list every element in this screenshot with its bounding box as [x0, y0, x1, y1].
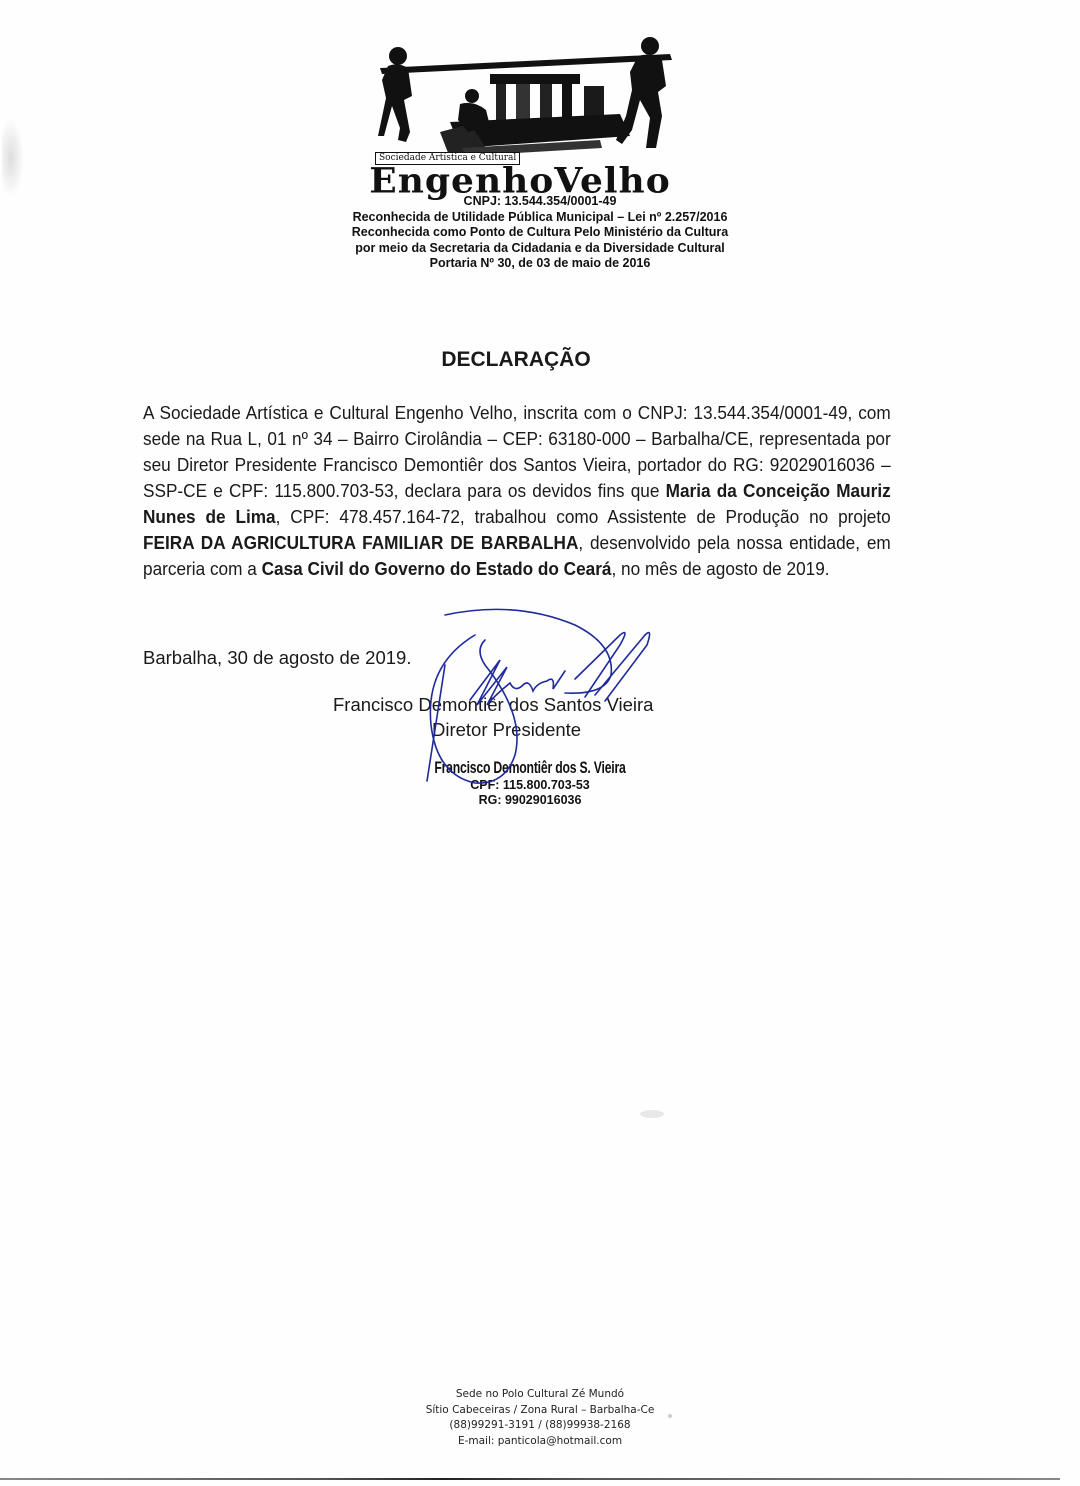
- org-cnpj: CNPJ: 13.544.354/0001-49: [240, 194, 840, 210]
- signature-stamp: Francisco Demontiêr dos S. Vieira CPF: 1…: [430, 758, 630, 808]
- scan-smudge: [2, 118, 24, 198]
- body-part-4: , no mês de agosto de 2019.: [612, 558, 830, 579]
- place-date: Barbalha, 30 de agosto de 2019.: [143, 647, 411, 669]
- org-ordinance: Portaria Nº 30, de 03 de maio de 2016: [240, 256, 840, 272]
- footer-phones: (88)99291-3191 / (88)99938-2168: [340, 1418, 740, 1434]
- org-secretariat: por meio da Secretaria da Cidadania e da…: [240, 241, 840, 257]
- partner-name: Casa Civil do Governo do Estado do Ceará: [262, 558, 612, 579]
- page-bottom-edge: [0, 1478, 1060, 1480]
- footer-contact: Sede no Polo Cultural Zé Mundó Sítio Cab…: [340, 1387, 740, 1449]
- org-public-utility: Reconhecida de Utilidade Pública Municip…: [240, 210, 840, 226]
- footer-address: Sítio Cabeceiras / Zona Rural – Barbalha…: [340, 1403, 740, 1419]
- stamp-cpf: CPF: 115.800.703-53: [430, 778, 630, 793]
- project-name: FEIRA DA AGRICULTURA FAMILIAR DE BARBALH…: [143, 532, 578, 553]
- body-part-2: , CPF: 478.457.164-72, trabalhou como As…: [276, 506, 891, 527]
- organization-info: CNPJ: 13.544.354/0001-49 Reconhecida de …: [240, 194, 840, 272]
- logo: Sociedade Artística e Cultural EngenhoVe…: [340, 36, 700, 196]
- scan-speck: [640, 1110, 664, 1118]
- declaration-body: A Sociedade Artística e Cultural Engenho…: [143, 400, 891, 582]
- signer-name: Francisco Demontiêr dos Santos Vieira: [333, 694, 653, 716]
- signer-role: Diretor Presidente: [432, 719, 581, 741]
- stamp-rg: RG: 99029016036: [430, 793, 630, 808]
- document-title: DECLARAÇÃO: [0, 348, 1032, 372]
- footer-email: E-mail: panticola@hotmail.com: [340, 1434, 740, 1450]
- sugar-mill-illustration-icon: [340, 36, 700, 166]
- footer-headquarters: Sede no Polo Cultural Zé Mundó: [340, 1387, 740, 1403]
- document-page: Sociedade Artística e Cultural EngenhoVe…: [0, 0, 1080, 1486]
- stamp-name: Francisco Demontiêr dos S. Vieira: [429, 758, 631, 778]
- scan-speck: [668, 1414, 672, 1418]
- org-culture-point: Reconhecida como Ponto de Cultura Pelo M…: [240, 225, 840, 241]
